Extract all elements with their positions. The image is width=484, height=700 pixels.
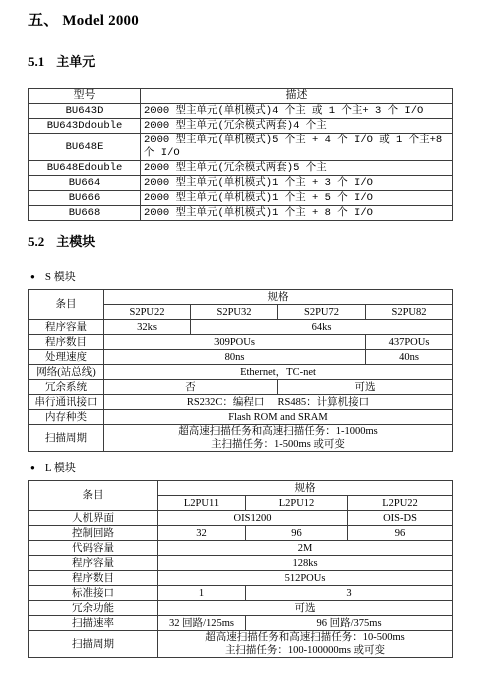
l-module-table: 条目 规格 L2PU11 L2PU12 L2PU22 人机界面 OIS1200 …	[28, 480, 453, 658]
column-header-description: 描述	[141, 89, 453, 104]
spec-value: 309POUs	[104, 335, 366, 350]
table-header-row: 型号 描述	[29, 89, 453, 104]
unit-description: 2000 型主单元(冗余模式两套)4 个主	[141, 119, 453, 134]
table-row: 程序数目 512POUs	[29, 571, 453, 586]
s-module-heading: ●S 模块	[28, 270, 452, 284]
table-row: 扫描周期 超高速扫描任务和高速扫描任务：1-1000ms 主扫描任务：1-500…	[29, 425, 453, 452]
spec-label: 人机界面	[29, 511, 158, 526]
spec-column-header: 规格	[158, 481, 453, 496]
section-heading-main-module: 5.2主模块	[28, 234, 452, 250]
spec-label: 扫描速率	[29, 616, 158, 631]
spec-label: 处理速度	[29, 350, 104, 365]
spec-value: 可选	[158, 601, 453, 616]
table-row: 扫描速率 32 回路/125ms 96 回路/375ms	[29, 616, 453, 631]
spec-value: 超高速扫描任务和高速扫描任务：10-500ms 主扫描任务：100-100000…	[158, 631, 453, 658]
table-row: 内存种类 Flash ROM and SRAM	[29, 410, 453, 425]
table-header-row: 条目 规格	[29, 481, 453, 496]
table-header-row: 条目 规格	[29, 290, 453, 305]
document-page: 五、 Model 2000 5.1主单元 型号 描述 BU643D 2000 型…	[0, 0, 452, 658]
table-row: 网络(站总线) Ethernet，TC-net	[29, 365, 453, 380]
spec-value: 96 回路/375ms	[246, 616, 453, 631]
section-heading-main-unit: 5.1主单元	[28, 54, 452, 70]
spec-value: OIS-DS	[348, 511, 453, 526]
page-title: 五、 Model 2000	[28, 12, 452, 30]
unit-description: 2000 型主单元(单机模式)1 个主 + 8 个 I/O	[141, 206, 453, 221]
l-module-heading: ●L 模块	[28, 461, 452, 475]
spec-label: 程序数目	[29, 571, 158, 586]
spec-value: Ethernet，TC-net	[104, 365, 453, 380]
spec-value: 可选	[278, 380, 453, 395]
spec-value: 64ks	[191, 320, 453, 335]
table-row: BU643Ddouble 2000 型主单元(冗余模式两套)4 个主	[29, 119, 453, 134]
bullet-icon: ●	[30, 461, 35, 474]
spec-label: 标准接口	[29, 586, 158, 601]
table-row: BU643D 2000 型主单元(单机模式)4 个主 或 1 个主+ 3 个 I…	[29, 104, 453, 119]
spec-value: 128ks	[158, 556, 453, 571]
spec-label: 网络(站总线)	[29, 365, 104, 380]
model-column-header: S2PU32	[191, 305, 278, 320]
table-row: 代码容量 2M	[29, 541, 453, 556]
spec-value: 3	[246, 586, 453, 601]
spec-value: 40ns	[366, 350, 453, 365]
s-module-label: S 模块	[45, 271, 76, 283]
spec-label: 扫描周期	[29, 425, 104, 452]
table-row: 处理速度 80ns 40ns	[29, 350, 453, 365]
model-column-header: L2PU22	[348, 496, 453, 511]
spec-value: 32 回路/125ms	[158, 616, 246, 631]
spec-value: Flash ROM and SRAM	[104, 410, 453, 425]
spec-label: 冗余功能	[29, 601, 158, 616]
unit-model: BU664	[29, 176, 141, 191]
spec-label: 程序数目	[29, 335, 104, 350]
unit-model: BU666	[29, 191, 141, 206]
spec-label: 程序容量	[29, 556, 158, 571]
model-column-header: L2PU12	[246, 496, 348, 511]
model-column-header: S2PU82	[366, 305, 453, 320]
table-row: 冗余功能 可选	[29, 601, 453, 616]
unit-description: 2000 型主单元(单机模式)1 个主 + 5 个 I/O	[141, 191, 453, 206]
spec-value: 否	[104, 380, 278, 395]
spec-value: OIS1200	[158, 511, 348, 526]
bullet-icon: ●	[30, 270, 35, 283]
column-header-model: 型号	[29, 89, 141, 104]
table-row: 冗余系统 否 可选	[29, 380, 453, 395]
table-row: 程序容量 128ks	[29, 556, 453, 571]
table-row: BU666 2000 型主单元(单机模式)1 个主 + 5 个 I/O	[29, 191, 453, 206]
unit-model: BU643Ddouble	[29, 119, 141, 134]
main-unit-table: 型号 描述 BU643D 2000 型主单元(单机模式)4 个主 或 1 个主+…	[28, 88, 453, 221]
l-module-label: L 模块	[45, 462, 76, 474]
spec-value: 96	[348, 526, 453, 541]
spec-value: 437POUs	[366, 335, 453, 350]
spec-value: 80ns	[104, 350, 366, 365]
unit-description: 2000 型主单元(单机模式)5 个主 + 4 个 I/O 或 1 个主+8 个…	[141, 134, 453, 161]
table-row: BU664 2000 型主单元(单机模式)1 个主 + 3 个 I/O	[29, 176, 453, 191]
s-module-table: 条目 规格 S2PU22 S2PU32 S2PU72 S2PU82 程序容量 3…	[28, 289, 453, 452]
table-row: 程序数目 309POUs 437POUs	[29, 335, 453, 350]
table-row: 扫描周期 超高速扫描任务和高速扫描任务：10-500ms 主扫描任务：100-1…	[29, 631, 453, 658]
spec-label: 程序容量	[29, 320, 104, 335]
spec-value: 2M	[158, 541, 453, 556]
spec-value: RS232C：编程口 RS485：计算机接口	[104, 395, 453, 410]
unit-model: BU648E	[29, 134, 141, 161]
spec-value: 32	[158, 526, 246, 541]
item-column-header: 条目	[29, 290, 104, 320]
unit-model: BU668	[29, 206, 141, 221]
section-number: 5.1	[28, 54, 44, 70]
table-row: 标准接口 1 3	[29, 586, 453, 601]
spec-value: 512POUs	[158, 571, 453, 586]
section-title: 主模块	[56, 234, 95, 249]
section-number: 5.2	[28, 234, 44, 250]
table-row: BU668 2000 型主单元(单机模式)1 个主 + 8 个 I/O	[29, 206, 453, 221]
spec-value: 96	[246, 526, 348, 541]
spec-value: 32ks	[104, 320, 191, 335]
model-column-header: L2PU11	[158, 496, 246, 511]
table-row: BU648E 2000 型主单元(单机模式)5 个主 + 4 个 I/O 或 1…	[29, 134, 453, 161]
item-column-header: 条目	[29, 481, 158, 511]
model-column-header: S2PU22	[104, 305, 191, 320]
spec-label: 内存种类	[29, 410, 104, 425]
spec-label: 冗余系统	[29, 380, 104, 395]
section-title: 主单元	[56, 54, 95, 69]
table-row: 程序容量 32ks 64ks	[29, 320, 453, 335]
model-column-header: S2PU72	[278, 305, 366, 320]
spec-label: 串行通讯接口	[29, 395, 104, 410]
spec-label: 代码容量	[29, 541, 158, 556]
unit-description: 2000 型主单元(冗余模式两套)5 个主	[141, 161, 453, 176]
table-row: 人机界面 OIS1200 OIS-DS	[29, 511, 453, 526]
spec-value: 1	[158, 586, 246, 601]
table-row: 控制回路 32 96 96	[29, 526, 453, 541]
unit-model: BU648Edouble	[29, 161, 141, 176]
unit-description: 2000 型主单元(单机模式)1 个主 + 3 个 I/O	[141, 176, 453, 191]
unit-description: 2000 型主单元(单机模式)4 个主 或 1 个主+ 3 个 I/O	[141, 104, 453, 119]
spec-label: 扫描周期	[29, 631, 158, 658]
spec-label: 控制回路	[29, 526, 158, 541]
unit-model: BU643D	[29, 104, 141, 119]
spec-column-header: 规格	[104, 290, 453, 305]
table-row: BU648Edouble 2000 型主单元(冗余模式两套)5 个主	[29, 161, 453, 176]
table-row: 串行通讯接口 RS232C：编程口 RS485：计算机接口	[29, 395, 453, 410]
spec-value: 超高速扫描任务和高速扫描任务：1-1000ms 主扫描任务：1-500ms 或可…	[104, 425, 453, 452]
